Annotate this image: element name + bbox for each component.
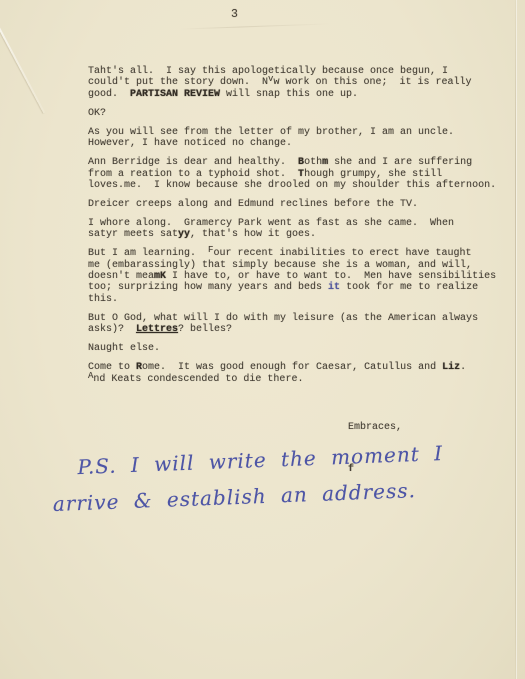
page-number: 3 [231,8,239,21]
typed-line: good. PARTISAN REVIEW will snap this one… [88,89,524,100]
typed-line: I whore along. Gramercy Park went as fas… [88,218,524,229]
typed-line: But I am learning. Four recent inabiliti… [88,248,524,259]
typed-line: But O God, what will I do with my leisur… [88,313,524,324]
closing-line: Embraces, [348,422,402,433]
typed-line: too; surprizing how many years and beds … [88,282,524,293]
paragraph: Come to Rome. It was good enough for Cae… [88,362,524,385]
typed-line: this. [88,294,524,305]
handwritten-postscript: P.S. I will write the moment Iarrive & e… [51,434,473,522]
typed-line: could't put the story down. Nvw work on … [88,77,524,88]
typed-line: loves.me. I know because she drooled on … [88,180,524,191]
paragraph: Dreicer creeps along and Edmund reclines… [88,199,524,210]
paper-crease-topleft [0,7,45,114]
typed-line: satyr meets satyy, that's how it goes. [88,229,524,240]
paragraph: But I am learning. Four recent inabiliti… [88,248,524,305]
typed-line: asks)? Lettres? belles? [88,324,524,335]
letter-body: Taht's all. I say this apologetically be… [88,66,524,393]
typed-line: Ann Berridge is dear and healthy. Bothm … [88,157,524,168]
paper-crease-top [180,23,330,29]
typed-line: Taht's all. I say this apologetically be… [88,66,524,77]
paragraph: Taht's all. I say this apologetically be… [88,66,524,100]
paragraph: OK? [88,108,524,119]
paragraph: Ann Berridge is dear and healthy. Bothm … [88,157,524,191]
letter-page: 3 Taht's all. I say this apologetically … [0,0,525,679]
typed-line: Naught else. [88,343,524,354]
paragraph: As you will see from the letter of my br… [88,127,524,150]
typed-line: from a reation to a typhoid shot. Though… [88,169,524,180]
typed-line: As you will see from the letter of my br… [88,127,524,138]
typed-line: Come to Rome. It was good enough for Cae… [88,362,524,373]
typed-line: However, I have noticed no change. [88,138,524,149]
paragraph: Naught else. [88,343,524,354]
typed-line: Dreicer creeps along and Edmund reclines… [88,199,524,210]
typed-line: OK? [88,108,524,119]
typed-line: me (embarassingly) that simply because s… [88,260,524,271]
typed-line: And Keats condescended to die there. [88,374,524,385]
paragraph: But O God, what will I do with my leisur… [88,313,524,336]
paragraph: I whore along. Gramercy Park went as fas… [88,218,524,241]
typed-line: doesn't meamK I have to, or have to want… [88,271,524,282]
